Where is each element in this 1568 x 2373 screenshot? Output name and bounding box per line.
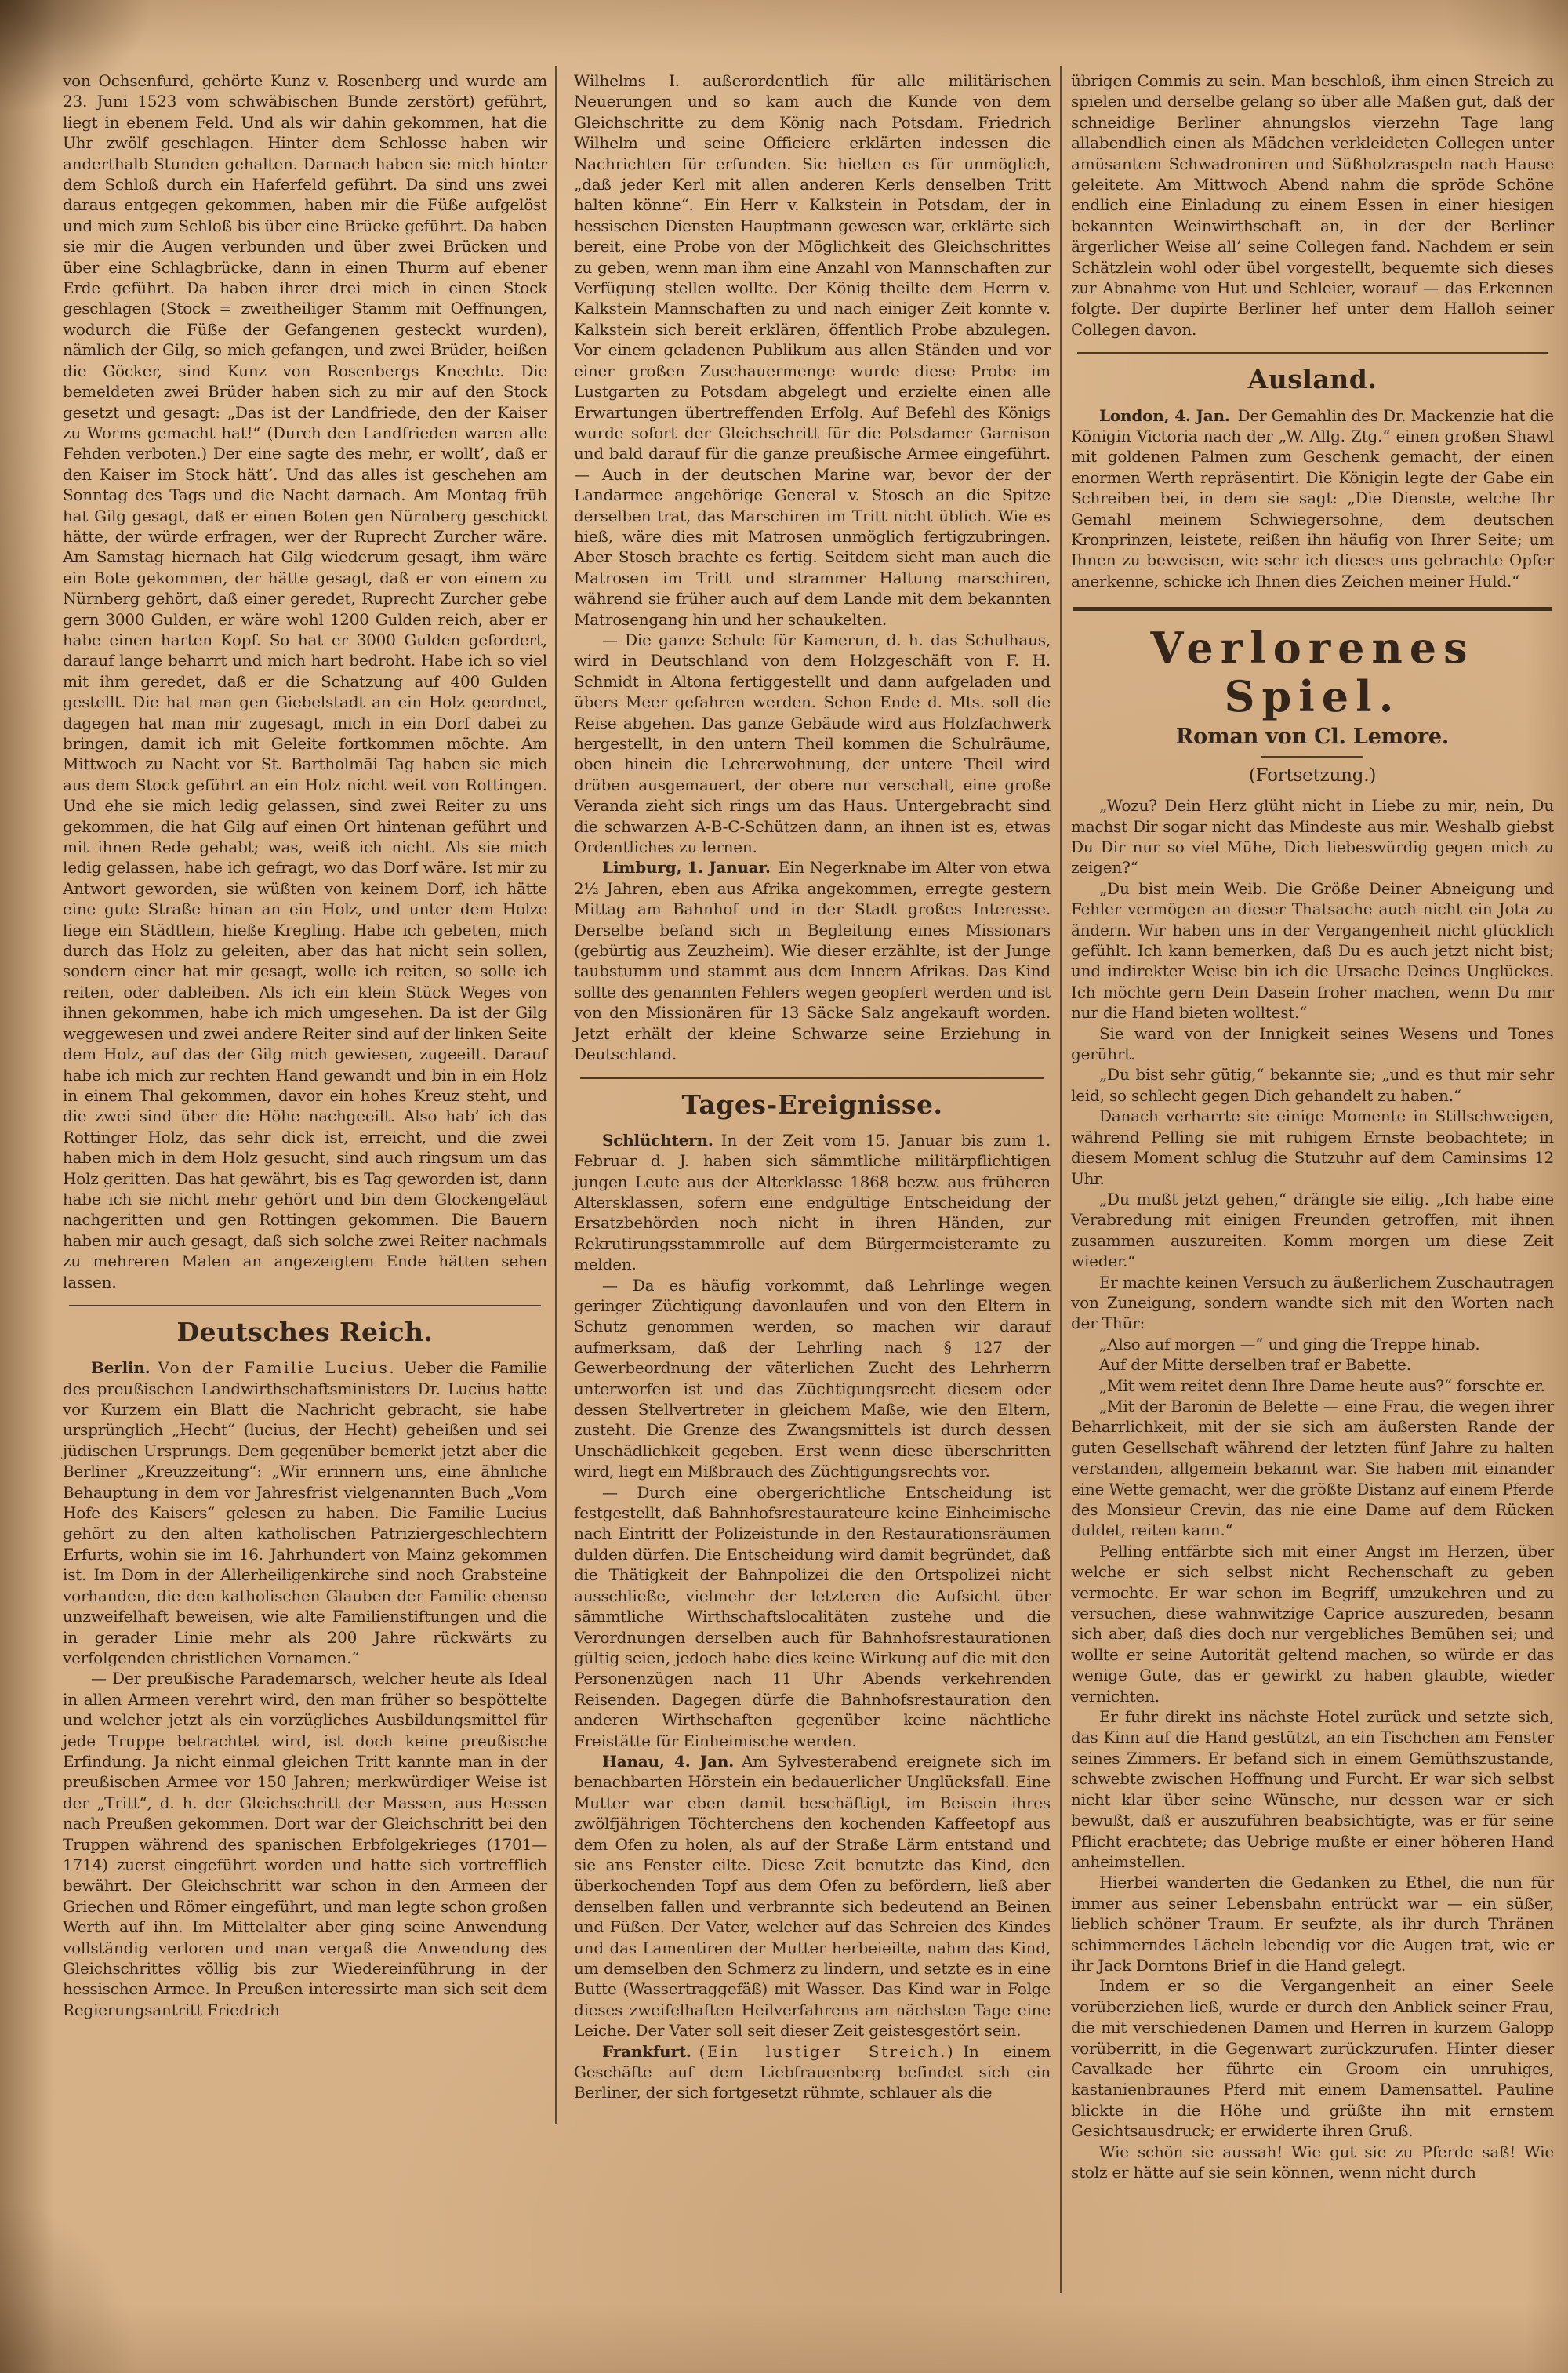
novel-byline-rule (1261, 756, 1363, 758)
page-corner-shadow-bottom-left (0, 2200, 141, 2373)
article-berlin-lucius: Berlin.Von der Familie Lucius.Ueber die … (63, 1357, 547, 1668)
article-frankfurt-dateline: Frankfurt. (602, 2042, 691, 2061)
novel-continuation-note: (Fortsetzung.) (1071, 765, 1554, 786)
article-frankfurt-streich-continuation-text: übrigen Commis zu sein. Man beschloß, ih… (1071, 71, 1554, 340)
section-heading-deutsches-reich: Deutsches Reich. (63, 1316, 547, 1348)
novel-section-rule (1073, 607, 1552, 611)
novel-paragraph: Er machte keinen Versuch zu äußerlichem … (1071, 1272, 1554, 1334)
section-rule-ausland (1077, 352, 1548, 354)
novel-paragraph: Er fuhr direkt ins nächste Hotel zurück … (1071, 1706, 1554, 1872)
article-bahnhofsrestaurateure-text: — Durch eine obergerichtliche Entscheidu… (574, 1482, 1051, 1751)
novel-paragraph: Indem er so die Vergangenheit an einer S… (1071, 1975, 1554, 2141)
column-divider-1 (555, 66, 557, 2124)
article-schluechtern: Schlüchtern.In der Zeit vom 15. Januar b… (574, 1130, 1051, 1275)
article-berlin-subtitle: Von der Familie Lucius. (158, 1358, 396, 1377)
novel-paragraph: Sie ward von der Innigkeit seines Wesens… (1071, 1023, 1554, 1065)
article-hanau-text: Am Sylvesterabend ereignete sich im bena… (574, 1752, 1051, 2040)
section-heading-tages-ereignisse: Tages-Ereignisse. (574, 1088, 1051, 1121)
novel-paragraph: „Du bist mein Weib. Die Größe Deiner Abn… (1071, 878, 1554, 1023)
novel-paragraph: „Also auf morgen —“ und ging die Treppe … (1071, 1334, 1554, 1354)
novel-paragraph: „Mit wem reitet denn Ihre Dame heute aus… (1071, 1375, 1554, 1396)
novel-byline: Roman von Cl. Lemore. (1071, 727, 1554, 747)
article-berlin-dateline: Berlin. (91, 1358, 150, 1377)
article-hanau-dateline: Hanau, 4. Jan. (602, 1752, 734, 1771)
article-frankfurt-subtitle: (Ein lustiger Streich.) (699, 2042, 956, 2061)
novel-paragraph: „Mit der Baronin de Belette — eine Frau,… (1071, 1396, 1554, 1541)
article-limburg-dateline: Limburg, 1. Januar. (602, 858, 771, 877)
article-london-text: Der Gemahlin des Dr. Mackenzie hat die K… (1071, 406, 1554, 591)
column-2: Wilhelms I. außerordentlich für alle mil… (574, 71, 1051, 2103)
novel-paragraph: Pelling entfärbte sich mit einer Angst i… (1071, 1541, 1554, 1706)
novel-paragraph: Auf der Mitte derselben traf er Babette. (1071, 1354, 1554, 1375)
article-schluechtern-dateline: Schlüchtern. (602, 1131, 713, 1150)
novel-paragraph: Wie schön sie aussah! Wie gut sie zu Pfe… (1071, 2142, 1554, 2183)
novel-paragraph: „Du bist sehr gütig,“ bekannte sie; „und… (1071, 1064, 1554, 1106)
novel-paragraph: „Wozu? Dein Herz glüht nicht in Liebe zu… (1071, 795, 1554, 878)
column-3: übrigen Commis zu sein. Man beschloß, ih… (1071, 71, 1554, 2182)
article-robbery-continuation-text: von Ochsenfurd, gehörte Kunz v. Rosenber… (63, 71, 547, 1292)
novel-title: Verlorenes Spiel. (1071, 623, 1554, 721)
article-frankfurt: Frankfurt.(Ein lustiger Streich.)In eine… (574, 2041, 1051, 2103)
article-lehrlinge-text: — Da es häufig vorkommt, daß Lehrlinge w… (574, 1275, 1051, 1482)
article-london: London, 4. Jan.Der Gemahlin des Dr. Mack… (1071, 405, 1554, 592)
section-heading-ausland: Ausland. (1071, 363, 1554, 395)
novel-paragraph: Danach verharrte sie einige Momente in S… (1071, 1106, 1554, 1189)
article-hanau: Hanau, 4. Jan.Am Sylvesterabend ereignet… (574, 1751, 1051, 2041)
article-berlin-text: Ueber die Familie des preußischen Landwi… (63, 1358, 547, 1667)
article-london-dateline: London, 4. Jan. (1099, 406, 1230, 425)
article-limburg: Limburg, 1. Januar.Ein Negerknabe im Alt… (574, 857, 1051, 1064)
novel-paragraph: Hierbei wanderten die Gedanken zu Ethel,… (1071, 1872, 1554, 1975)
article-limburg-text: Ein Negerknabe im Alter von etwa 2½ Jahr… (574, 858, 1051, 1063)
section-rule-tages-ereignisse (580, 1077, 1044, 1079)
novel-paragraph: „Du mußt jetzt gehen,“ drängte sie eilig… (1071, 1189, 1554, 1272)
column-divider-2 (1060, 66, 1062, 2293)
article-schluechtern-text: In der Zeit vom 15. Januar bis zum 1. Fe… (574, 1131, 1051, 1274)
article-kamerun-schule-text: — Die ganze Schule für Kamerun, d. h. da… (574, 630, 1051, 857)
section-rule-deutsches-reich (69, 1305, 541, 1306)
article-parademarsch-text: — Der preußische Parademarsch, welcher h… (63, 1668, 547, 2020)
newspaper-page: von Ochsenfurd, gehörte Kunz v. Rosenber… (0, 0, 1568, 2373)
column-1: von Ochsenfurd, gehörte Kunz v. Rosenber… (63, 71, 547, 2020)
article-gleichschritt-continuation-text: Wilhelms I. außerordentlich für alle mil… (574, 71, 1051, 630)
